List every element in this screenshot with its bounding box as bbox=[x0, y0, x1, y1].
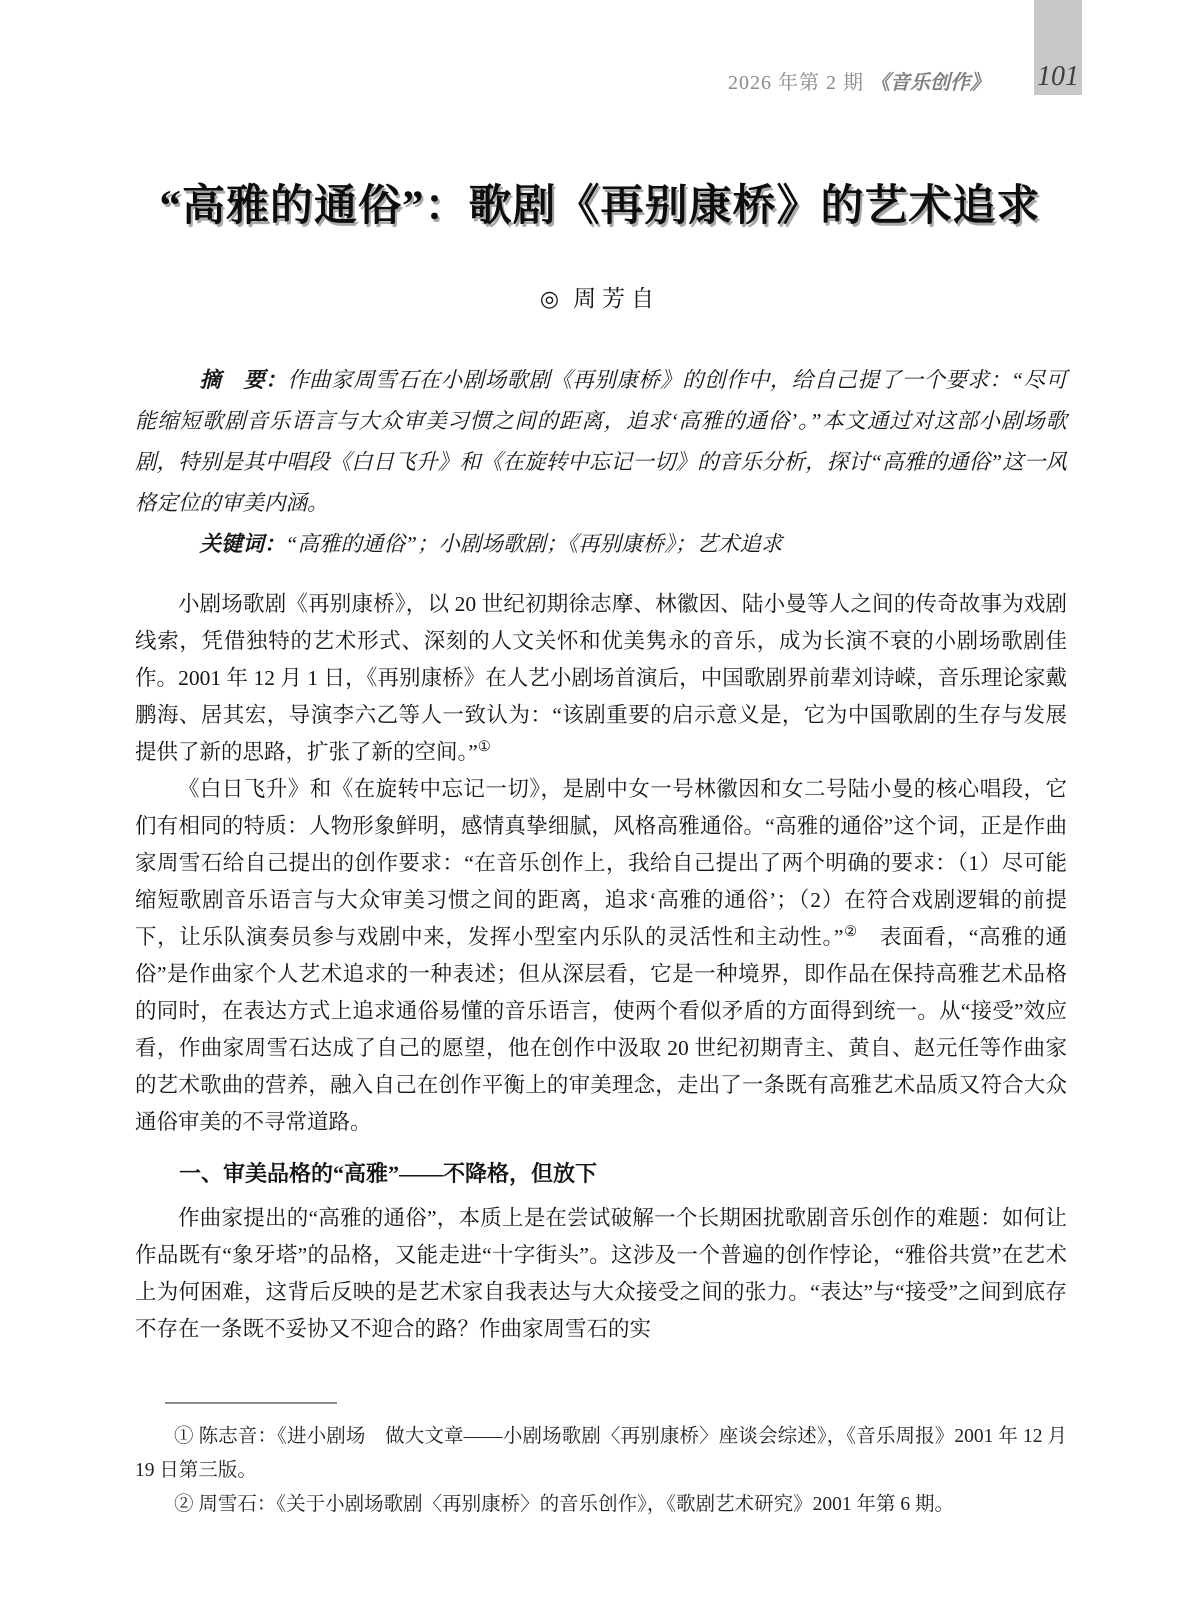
author-line: ◎周芳自 bbox=[0, 280, 1200, 313]
footnote-ref-1: ① bbox=[478, 739, 491, 755]
issue-info: 2026 年第 2 期 bbox=[728, 72, 864, 94]
page-number: 101 bbox=[1034, 61, 1082, 93]
author-name: 周芳自 bbox=[573, 286, 660, 311]
footnote-2: ② 周雪石：《关于小剧场歌剧〈再别康桥〉的音乐创作》，《歌剧艺术研究》2001 … bbox=[135, 1488, 1067, 1522]
paragraph-2-text-b: 表面看，“高雅的通俗”是作曲家个人艺术追求的一种表述；但从深层看，它是一种境界，… bbox=[135, 925, 1067, 1134]
footnote-divider bbox=[165, 1402, 337, 1404]
abstract-label: 摘 要： bbox=[200, 368, 288, 392]
footnote-1-marker: ① bbox=[174, 1426, 194, 1447]
footnote-2-text: 周雪石：《关于小剧场歌剧〈再别康桥〉的音乐创作》，《歌剧艺术研究》2001 年第… bbox=[198, 1494, 954, 1515]
author-mark-icon: ◎ bbox=[540, 286, 559, 311]
paragraph-2: 《白日飞升》和《在旋转中忘记一切》，是剧中女一号林徽因和女二号陆小曼的核心唱段，… bbox=[135, 771, 1067, 1141]
footnote-2-marker: ② bbox=[174, 1494, 194, 1515]
keywords-label: 关键词： bbox=[200, 532, 286, 556]
footnote-1: ① 陈志音：《进小剧场 做大文章——小剧场歌剧〈再别康桥〉座谈会综述》，《音乐周… bbox=[135, 1420, 1067, 1488]
article-title: “高雅的通俗”：歌剧《再别康桥》的艺术追求 bbox=[0, 172, 1200, 233]
abstract-paragraph: 摘 要：作曲家周雪石在小剧场歌剧《再别康桥》的创作中，给自己提了一个要求：“尽可… bbox=[135, 360, 1067, 524]
article-body: 小剧场歌剧《再别康桥》，以 20 世纪初期徐志摩、林徽因、陆小曼等人之间的传奇故… bbox=[135, 586, 1067, 1348]
paragraph-3: 作曲家提出的“高雅的通俗”，本质上是在尝试破解一个长期困扰歌剧音乐创作的难题：如… bbox=[135, 1200, 1067, 1348]
footnote-ref-2: ② bbox=[843, 924, 857, 940]
page-number-tab: 101 bbox=[1034, 0, 1082, 95]
running-head: 2026 年第 2 期 《音乐创作》 bbox=[728, 66, 990, 95]
paragraph-2-text-a: 《白日飞升》和《在旋转中忘记一切》，是剧中女一号林徽因和女二号陆小曼的核心唱段，… bbox=[135, 777, 1067, 949]
paragraph-1: 小剧场歌剧《再别康桥》，以 20 世纪初期徐志摩、林徽因、陆小曼等人之间的传奇故… bbox=[135, 586, 1067, 771]
section-heading-1: 一、审美品格的“高雅”——不降格，但放下 bbox=[135, 1155, 1067, 1192]
footnotes-block: ① 陈志音：《进小剧场 做大文章——小剧场歌剧〈再别康桥〉座谈会综述》，《音乐周… bbox=[135, 1420, 1067, 1522]
paragraph-1-text: 小剧场歌剧《再别康桥》，以 20 世纪初期徐志摩、林徽因、陆小曼等人之间的传奇故… bbox=[135, 592, 1067, 764]
abstract-block: 摘 要：作曲家周雪石在小剧场歌剧《再别康桥》的创作中，给自己提了一个要求：“尽可… bbox=[135, 360, 1067, 565]
journal-logo: 《音乐创作》 bbox=[870, 72, 990, 94]
keywords-text: “高雅的通俗”；小剧场歌剧；《再别康桥》；艺术追求 bbox=[286, 532, 783, 556]
footnote-1-text: 陈志音：《进小剧场 做大文章——小剧场歌剧〈再别康桥〉座谈会综述》，《音乐周报》… bbox=[135, 1426, 1067, 1481]
journal-page: 2026 年第 2 期 《音乐创作》 101 “高雅的通俗”：歌剧《再别康桥》的… bbox=[0, 0, 1200, 1600]
keywords-line: 关键词：“高雅的通俗”；小剧场歌剧；《再别康桥》；艺术追求 bbox=[135, 524, 1067, 565]
